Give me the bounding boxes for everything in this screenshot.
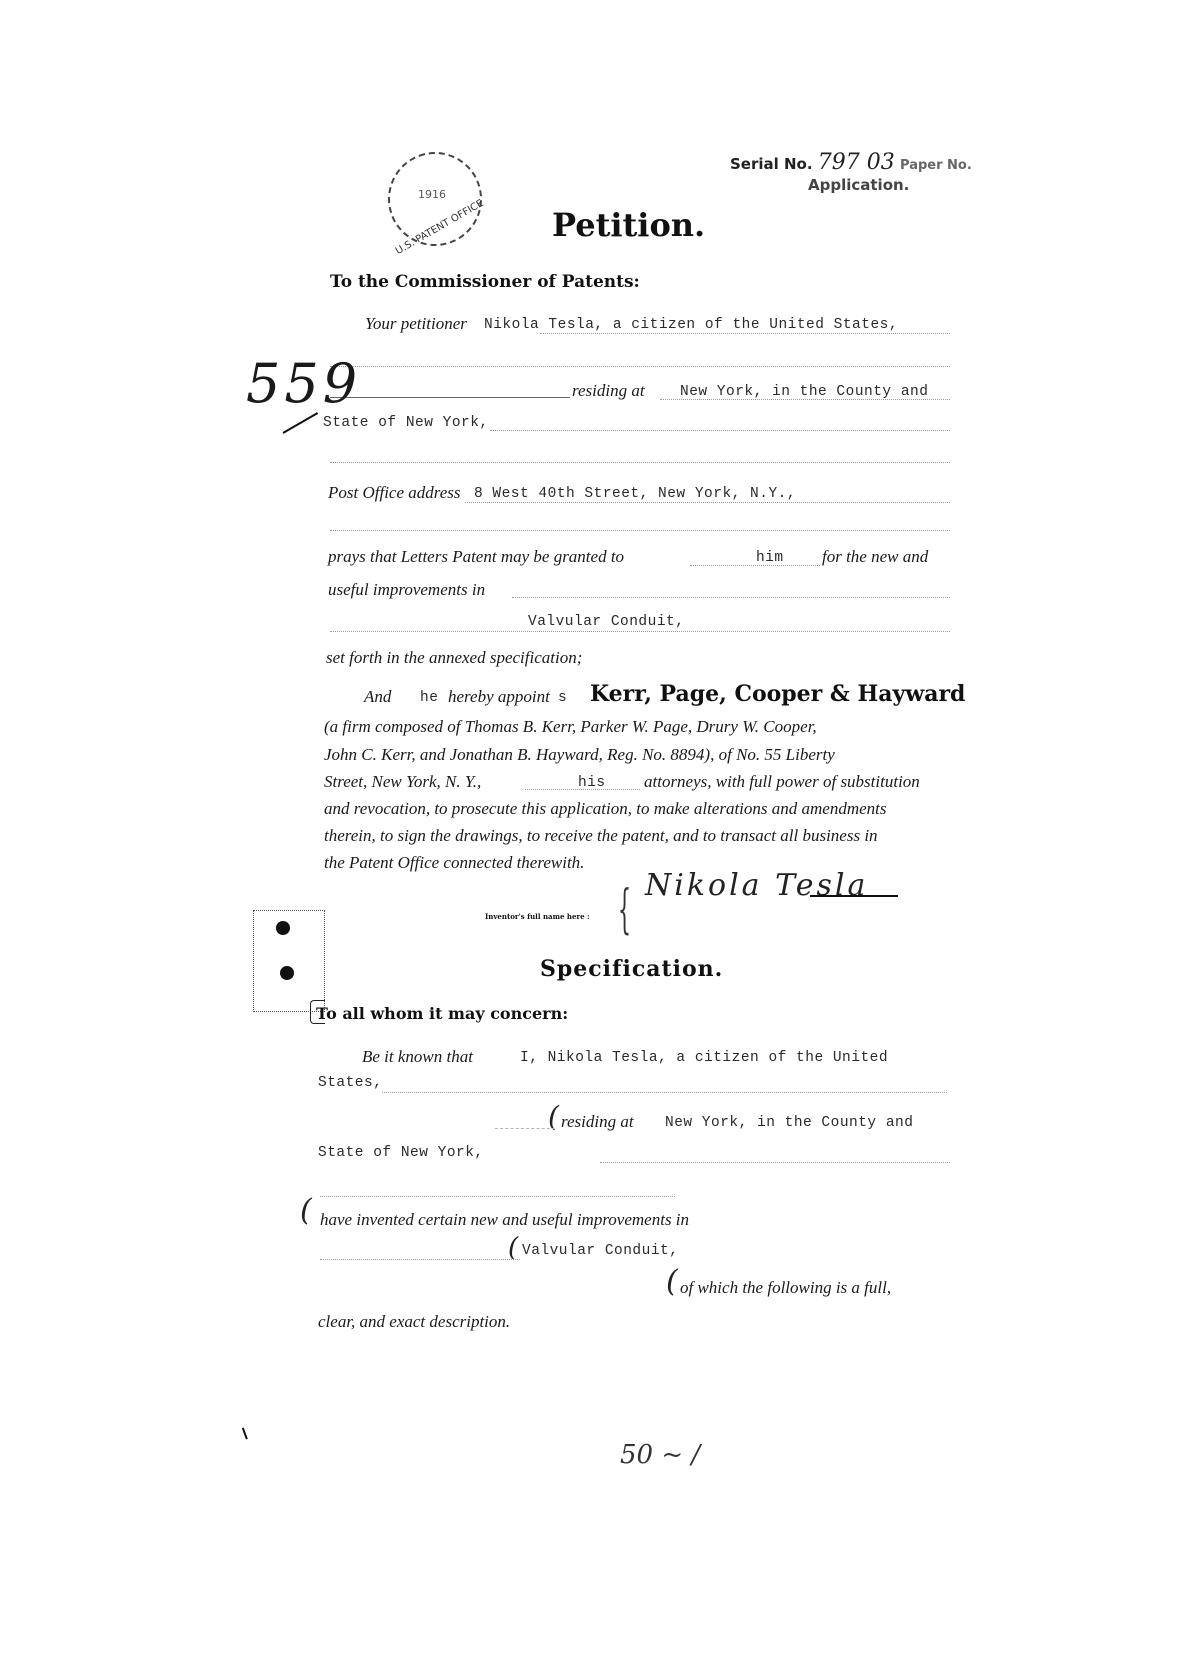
petition-salutation: To the Commissioner of Patents: [330, 272, 640, 292]
spec-residing-value: New York, in the County and [665, 1115, 913, 1131]
firm-line-3a: Street, New York, N. Y., [324, 772, 481, 792]
serial-label: Serial No. [730, 155, 813, 173]
invented-bracket-mark: ( [300, 1193, 312, 1228]
grantee-value: him [756, 550, 784, 566]
spec-invention-underline [320, 1259, 520, 1260]
bottom-tick-mark [242, 1427, 248, 1439]
description-bracket-mark: ( [666, 1264, 678, 1299]
known-value-2: States, [318, 1075, 382, 1091]
punched-seal [253, 910, 325, 1012]
firm-line-2: John C. Kerr, and Jonathan B. Hayward, R… [324, 745, 835, 765]
set-forth-text: set forth in the annexed specification; [326, 648, 582, 668]
petitioner-label: Your petitioner [365, 314, 467, 334]
signature-flourish [810, 895, 898, 897]
grantee-underline [690, 565, 820, 566]
stamp-year: 1916 [418, 188, 446, 201]
known-underline [382, 1092, 947, 1093]
description-label: of which the following is a full, [680, 1278, 891, 1298]
residing-underline [660, 399, 950, 400]
petitioner-value: Nikola Tesla, a citizen of the United St… [484, 317, 898, 333]
spec-residing-label: residing at [561, 1112, 634, 1132]
spec-state-underline [600, 1162, 950, 1163]
paper-label: Paper No. [900, 158, 972, 173]
firm-line-1: (a firm composed of Thomas B. Kerr, Park… [324, 717, 817, 737]
appoint-label: hereby appoint [448, 687, 550, 707]
petition-title: Petition. [552, 206, 705, 244]
spec-invention-value: Valvular Conduit, [522, 1243, 678, 1259]
firm-name: Kerr, Page, Cooper & Hayward [590, 681, 965, 707]
spec-state-value: State of New York, [318, 1145, 484, 1161]
appoint-suffix: s [558, 690, 567, 706]
margin-slash-mark [283, 412, 319, 434]
serial-number: 797 03 [818, 150, 895, 175]
appoint-pronoun: he [420, 690, 438, 706]
blank-line-2 [330, 462, 950, 463]
improvements-underline [512, 597, 950, 598]
post-office-underline [465, 502, 950, 503]
invention-value: Valvular Conduit, [528, 614, 684, 630]
state-value: State of New York, [323, 415, 489, 431]
margin-number: 559 [246, 352, 361, 415]
specification-title: Specification. [540, 956, 723, 982]
appoint-prefix: And [364, 687, 391, 707]
blank-line [330, 366, 950, 367]
bottom-marks: 50 ~ / [620, 1440, 700, 1470]
inventor-name-label: Inventor's full name here : [485, 912, 590, 921]
blank-line-3 [330, 530, 950, 531]
firm-line-5: therein, to sign the drawings, to receiv… [324, 826, 878, 846]
improvements-label: useful improvements in [328, 580, 485, 600]
serial-number-field: Serial No. 797 03 Paper No. [730, 150, 972, 175]
firm-line-4: and revocation, to prosecute this applic… [324, 799, 887, 819]
salutation-bracket [310, 1000, 325, 1024]
application-label: Application. [808, 176, 909, 194]
post-office-label: Post Office address [328, 483, 461, 503]
seal-dot [276, 921, 290, 935]
spec-residing-leader [495, 1128, 555, 1129]
state-underline [490, 430, 950, 431]
invention-underline [330, 631, 950, 632]
prays-suffix: for the new and [822, 547, 928, 567]
post-office-value: 8 West 40th Street, New York, N.Y., [474, 486, 796, 502]
petitioner-underline [540, 333, 950, 334]
signature-brace: { [618, 880, 631, 940]
residing-value: New York, in the County and [680, 384, 928, 400]
attorney-underline [525, 789, 640, 790]
residing-label: residing at [572, 381, 645, 401]
invented-label: have invented certain new and useful imp… [320, 1210, 689, 1230]
spec-blank-line [320, 1196, 675, 1197]
specification-salutation: To all whom it may concern: [316, 1004, 568, 1023]
firm-line-6: the Patent Office connected therewith. [324, 853, 584, 873]
inventor-signature: Nikola Tesla [645, 868, 868, 903]
firm-line-3b: attorneys, with full power of substituti… [644, 772, 920, 792]
description-end: clear, and exact description. [318, 1312, 510, 1332]
known-label: Be it known that [362, 1047, 473, 1067]
known-value: I, Nikola Tesla, a citizen of the United [520, 1050, 888, 1066]
prays-label: prays that Letters Patent may be granted… [328, 547, 624, 567]
residing-underline-pre [330, 397, 570, 398]
seal-dot [280, 966, 294, 980]
